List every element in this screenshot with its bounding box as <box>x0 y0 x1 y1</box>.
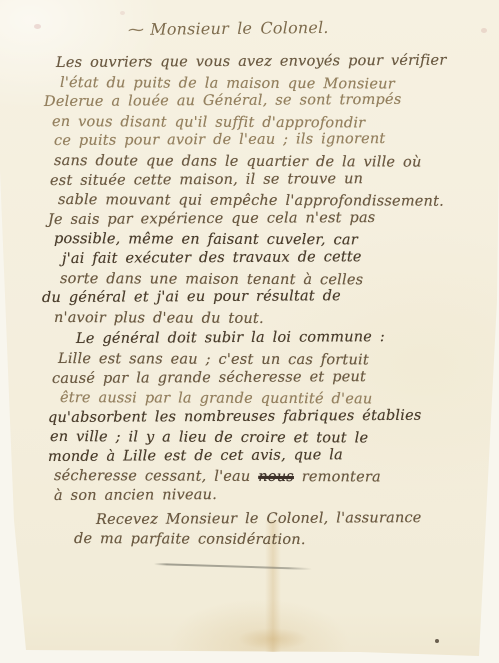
letter-line: Les ouvriers que vous avez envoyés pour … <box>56 51 475 73</box>
letter-line: du général et j'ai eu pour résultat de <box>42 286 475 308</box>
letter-line: à son ancien niveau. <box>54 484 475 506</box>
letter-line: Le général doit subir la loi commune : <box>76 328 475 350</box>
strike-line-before: sécheresse cessant, l'eau <box>54 468 258 485</box>
foxing-speck <box>481 28 487 33</box>
letter-line: de ma parfaite considération. <box>74 530 475 551</box>
letter-line: ce puits pour avoir de l'eau ; ils ignor… <box>54 130 475 152</box>
letter-paragraph-2: Le général doit subir la loi commune : L… <box>52 330 475 506</box>
letter-closing: Recevez Monsieur le Colonel, l'assurance… <box>52 511 475 550</box>
letter-paragraph-1: Les ouvriers que vous avez envoyés pour … <box>52 54 475 328</box>
photo-frame: ⁓Monsieur le Colonel. Les ouvriers que v… <box>0 0 499 663</box>
letter-line: est située cette maison, il se trouve un <box>50 169 475 191</box>
strike-line-after: remontera <box>294 470 381 486</box>
letter-line: Je sais par expérience que cela n'est pa… <box>48 208 475 230</box>
letter-line: qu'absorbent les nombreuses fabriques ét… <box>48 406 475 428</box>
strikethrough-word: nous <box>258 469 294 485</box>
letter-heading: ⁓Monsieur le Colonel. <box>128 16 475 39</box>
letter-heading-text: Monsieur le Colonel. <box>150 18 329 39</box>
letter-line: monde à Lille est de cet avis, que la <box>48 445 475 467</box>
letter-line: causé par la grande sécheresse et peut <box>52 367 475 389</box>
letter-line: j'ai fait exécuter des travaux de cette <box>62 247 475 269</box>
paper-stain <box>238 628 308 650</box>
foxing-speck <box>120 11 125 15</box>
heading-flourish: ⁓ <box>128 20 144 39</box>
foxing-speck <box>34 24 41 29</box>
ink-dot <box>435 639 439 643</box>
letter-line: n'avoir plus d'eau du tout. <box>54 309 475 330</box>
letter-line: Delerue a louée au Général, se sont trom… <box>44 91 475 113</box>
letter-line: Recevez Monsieur le Colonel, l'assurance <box>96 508 475 530</box>
letter-body: ⁓Monsieur le Colonel. Les ouvriers que v… <box>52 20 475 565</box>
